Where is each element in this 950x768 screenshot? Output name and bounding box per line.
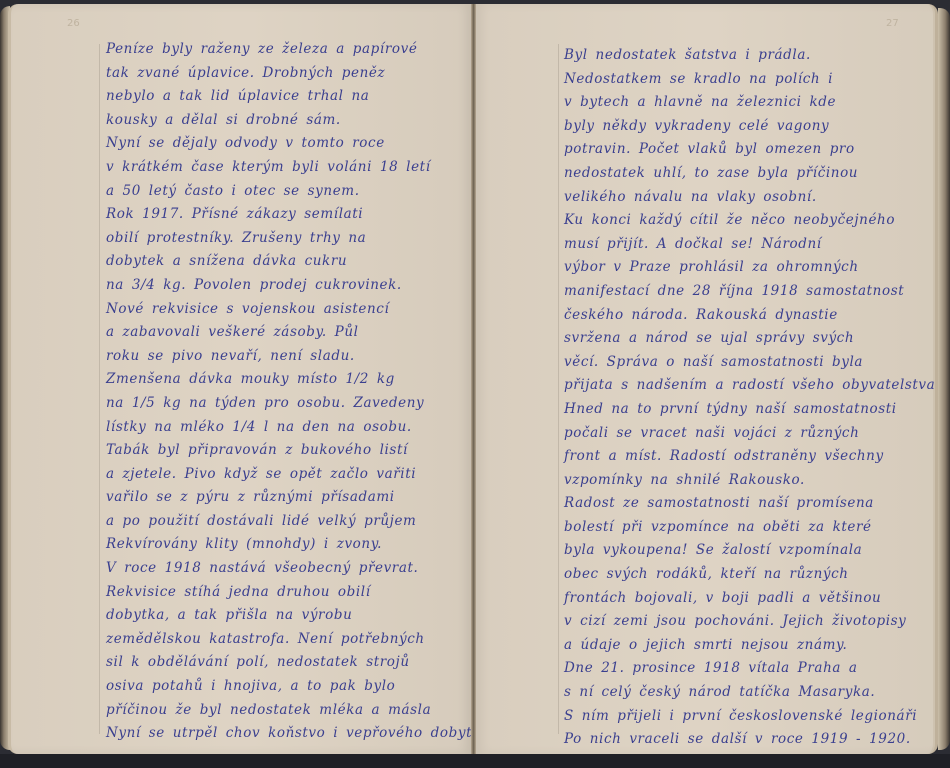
handwritten-line: s ní celý český národ tatíčka Masaryka. [564,681,924,705]
handwritten-line: front a míst. Radostí odstraněny všechny [564,445,924,469]
handwritten-line: tak zvané úplavice. Drobných peněz [106,62,466,86]
left-margin-rule [99,44,100,734]
left-page: 26 Peníze byly raženy ze železa a papíro… [8,4,472,754]
left-page-number: 26 [67,18,80,29]
handwritten-line: příčinou že byl nedostatek mléka a másla [106,699,466,723]
handwritten-line: výbor v Praze prohlásil za ohromných [564,256,924,280]
handwritten-line: Zmenšena dávka mouky místo 1/2 kg [106,368,466,392]
handwritten-line: Dne 21. prosince 1918 vítala Praha a [564,657,924,681]
handwritten-line: v krátkém čase kterým byli voláni 18 let… [106,156,466,180]
handwritten-line: Radost ze samostatnosti naší promísena [564,492,924,516]
handwritten-line: nedostatek uhlí, to zase byla příčinou [564,162,924,186]
handwritten-line: Po nich vraceli se další v roce 1919 - 1… [564,728,924,752]
handwritten-line: osiva potahů i hnojiva, a to pak bylo [106,675,466,699]
handwritten-line: roku se pivo nevaří, není sladu. [106,345,466,369]
handwritten-line: manifestací dne 28 října 1918 samostatno… [564,280,924,304]
handwritten-line: byly někdy vykradeny celé vagony [564,115,924,139]
handwritten-line: na 3/4 kg. Povolen prodej cukrovinek. [106,274,466,298]
handwritten-line: obilí protestníky. Zrušeny trhy na [106,227,466,251]
handwritten-line: a po použití dostávali lidé velký průjem [106,510,466,534]
desk-shadow [0,754,950,768]
right-page-text: Byl nedostatek šatstva i prádla.Nedostat… [564,44,924,752]
handwritten-line: Nyní se dějaly odvody v tomto roce [106,132,466,156]
handwritten-line: sil k obdělávání polí, nedostatek strojů [106,651,466,675]
handwritten-line: a 50 letý často i otec se synem. [106,180,466,204]
handwritten-line: nebylo a tak lid úplavice trhal na [106,85,466,109]
handwritten-line: v bytech a hlavně na železnici kde [564,91,924,115]
right-page-stack-edge [938,8,950,750]
handwritten-line: S ním přijeli i první československé leg… [564,705,924,729]
handwritten-line: Rok 1917. Přísné zákazy semílati [106,203,466,227]
handwritten-line: V roce 1918 nastává všeobecný převrat. [106,557,466,581]
handwritten-line: lístky na mléko 1/4 l na den na osobu. [106,416,466,440]
handwritten-line: Rekvisice stíhá jedna druhou obilí [106,581,466,605]
open-notebook: 26 Peníze byly raženy ze železa a papíro… [0,0,950,768]
handwritten-line: vzpomínky na shnilé Rakousko. [564,469,924,493]
handwritten-line: obec svých rodáků, kteří na různých [564,563,924,587]
handwritten-line: potravin. Počet vlaků byl omezen pro [564,138,924,162]
left-page-text: Peníze byly raženy ze železa a papírovét… [106,38,466,746]
handwritten-line: Nedostatkem se kradlo na polích i [564,68,924,92]
right-page: 27 Byl nedostatek šatstva i prádla.Nedos… [476,4,938,754]
handwritten-line: vařilo se z pýru z různými přísadami [106,486,466,510]
handwritten-line: v cizí zemi jsou pochováni. Jejich život… [564,610,924,634]
handwritten-line: byla vykoupena! Se žalostí vzpomínala [564,539,924,563]
handwritten-line: dobytka, a tak přišla na výrobu [106,604,466,628]
handwritten-line: a zabavovali veškeré zásoby. Půl [106,321,466,345]
right-margin-rule [558,44,559,734]
handwritten-line: Tabák byl připravován z bukového listí [106,439,466,463]
handwritten-line: na 1/5 kg na týden pro osobu. Zavedeny [106,392,466,416]
handwritten-line: Peníze byly raženy ze železa a papírové [106,38,466,62]
handwritten-line: velikého návalu na vlaky osobní. [564,186,924,210]
handwritten-line: věcí. Správa o naší samostatnosti byla [564,351,924,375]
handwritten-line: musí přijít. A dočkal se! Národní [564,233,924,257]
handwritten-line: Hned na to první týdny naší samostatnost… [564,398,924,422]
handwritten-line: Nové rekvisice s vojenskou asistencí [106,298,466,322]
handwritten-line: svržena a národ se ujal správy svých [564,327,924,351]
handwritten-line: Nyní se utrpěl chov koňstvo i vepřového … [106,722,466,746]
handwritten-line: a zjetele. Pivo když se opět začlo vařit… [106,463,466,487]
handwritten-line: bolestí při vzpomínce na oběti za které [564,516,924,540]
handwritten-line: kousky a dělal si drobné sám. [106,109,466,133]
handwritten-line: Rekvírovány klity (mnohdy) i zvony. [106,533,466,557]
handwritten-line: a údaje o jejich smrti nejsou známy. [564,634,924,658]
handwritten-line: českého národa. Rakouská dynastie [564,304,924,328]
handwritten-line: frontách bojovali, v boji padli a většin… [564,587,924,611]
handwritten-line: Byl nedostatek šatstva i prádla. [564,44,924,68]
handwritten-line: dobytek a snížena dávka cukru [106,250,466,274]
handwritten-line: počali se vracet naši vojáci z různých [564,422,924,446]
right-page-number: 27 [886,18,899,29]
handwritten-line: přijata s nadšením a radostí všeho obyva… [564,374,924,398]
handwritten-line: Ku konci každý cítil že něco neobyčejnéh… [564,209,924,233]
handwritten-line: zemědělskou katastrofa. Není potřebných [106,628,466,652]
